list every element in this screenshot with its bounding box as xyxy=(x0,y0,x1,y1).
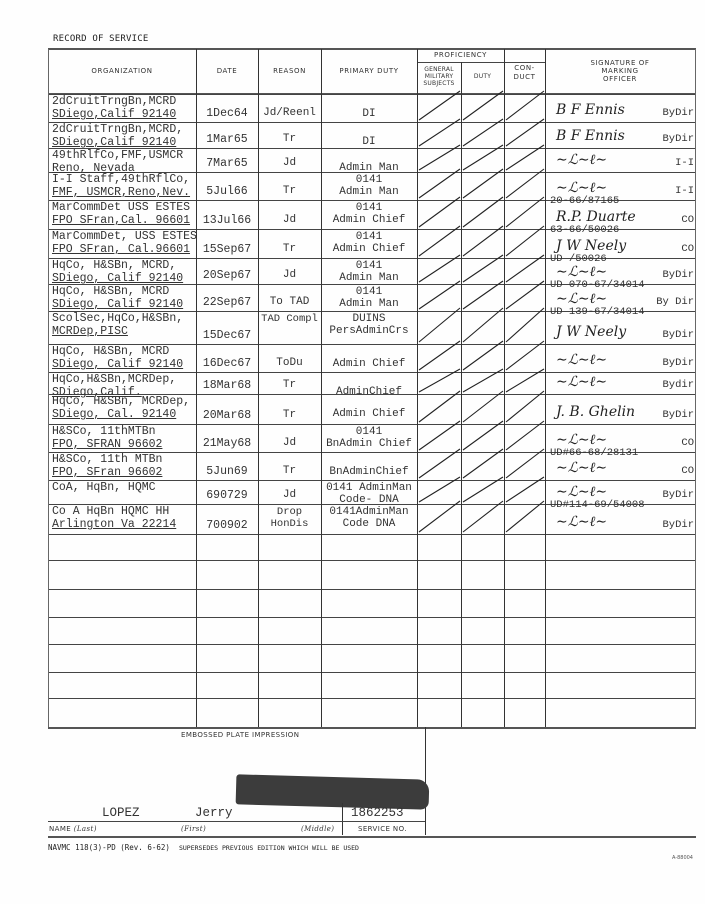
primary-duty-cell: 0141Admin Man xyxy=(321,174,417,198)
middle-label-text: (Middle) xyxy=(301,825,334,833)
primary-duty-line-1 xyxy=(321,346,417,358)
organization-cell: HqCo, H&SBn, MCRDSDiego, Calif 92140 xyxy=(52,345,183,371)
primary-duty-line-2: Code DNA xyxy=(321,518,417,530)
organization-line-1: I-I Staff,49thRflCo, xyxy=(52,173,190,186)
signature-authority: CO xyxy=(681,465,694,477)
reason-cell: Jd xyxy=(258,269,321,281)
organization-line-2: SDiego, Cal. 92140 xyxy=(52,408,190,421)
first-label-text: (First) xyxy=(181,825,206,833)
name-label-text: NAME xyxy=(49,825,71,833)
reason-cell: Tr xyxy=(258,243,321,255)
signature-authority: ByDir xyxy=(662,269,694,281)
signature-cell: ∼ℒ∼ℓ∼COUD#66-68/28131 xyxy=(548,424,698,452)
date-cell: 7Mar65 xyxy=(196,157,258,170)
primary-duty-cell: 0141Admin Man xyxy=(321,260,417,284)
name-first-value: Jerry xyxy=(195,806,233,820)
organization-cell: MarCommDet, USS ESTESFPO SFran, Cal.9660… xyxy=(52,230,197,256)
name-last-value: LOPEZ xyxy=(102,806,140,820)
organization-cell: 2dCruitTrngBn,MCRD,SDiego,Calif 92140 xyxy=(52,123,183,149)
primary-duty-line-1: 0141AdminMan xyxy=(321,506,417,518)
supersedes-note: SUPERSEDES PREVIOUS EDITION WHICH WILL B… xyxy=(179,844,359,852)
signature-authority: ByDir xyxy=(662,107,694,119)
signature-cell: ∼ℒ∼ℓ∼Bydir xyxy=(548,372,698,394)
signature-cell: ∼ℒ∼ℓ∼I-I xyxy=(548,148,698,172)
primary-duty-cell: 0141Admin Chief xyxy=(321,231,417,255)
primary-duty-cell: DUINSPersAdminCrs xyxy=(321,313,417,337)
signature-authority: CO xyxy=(681,437,694,449)
organization-cell: HqCo, H&SBn, MCRDep,SDiego, Cal. 92140 xyxy=(52,395,190,421)
reason-cell: Tr xyxy=(258,185,321,197)
first-label: (First) xyxy=(181,825,206,833)
reason-cell: To TAD xyxy=(258,296,321,308)
reason-cell: Jd xyxy=(258,214,321,226)
date-cell: 1Mar65 xyxy=(196,133,258,146)
handwritten-signature: ∼ℒ∼ℓ∼ xyxy=(556,374,607,391)
date-cell: 15Dec67 xyxy=(196,329,258,342)
last-label: (Last) xyxy=(74,825,97,833)
date-cell: 690729 xyxy=(196,489,258,502)
primary-duty-cell: 0141AdminManCode DNA xyxy=(321,506,417,530)
reason-cell: Tr xyxy=(258,379,321,391)
organization-line-1: HqCo, H&SBn, MCRD xyxy=(52,285,183,298)
form-footer: NAVMC 118(3)-PD (Rev. 6-62) SUPERSEDES P… xyxy=(48,843,359,852)
primary-duty-line-1: DUINS xyxy=(321,313,417,325)
signature-authority: ByDir xyxy=(662,133,694,145)
signature-cell: ∼ℒ∼ℓ∼CO xyxy=(548,452,698,480)
organization-cell: I-I Staff,49thRflCo,FMF, USMCR,Reno,Nev. xyxy=(52,173,190,199)
date-cell: 15Sep67 xyxy=(196,243,258,256)
organization-cell: H&SCo, 11th MTBnFPO, SFran 96602 xyxy=(52,453,162,479)
signature-authority: I-I xyxy=(675,157,694,169)
organization-line-2: FPO SFran,Cal. 96601 xyxy=(52,214,190,227)
signature-authority: CO xyxy=(681,214,694,226)
name-label: NAME (Last) xyxy=(49,825,97,833)
organization-line-2: SDiego, Calif 92140 xyxy=(52,272,183,285)
organization-cell: CoA, HqBn, HQMC xyxy=(52,481,156,494)
primary-duty-line-2: DI xyxy=(321,136,417,148)
handwritten-signature: J W Neely xyxy=(556,238,626,254)
primary-duty-line-1: 0141 AdminMan xyxy=(321,482,417,494)
primary-duty-line-1 xyxy=(321,124,417,136)
handwritten-signature: J W Neely xyxy=(556,324,626,340)
signature-cell: J W NeelyByDir xyxy=(548,311,698,344)
date-cell: 20Sep67 xyxy=(196,269,258,282)
organization-cell: 2dCruitTrngBn,MCRDSDiego,Calif 92140 xyxy=(52,95,176,121)
date-cell: 5Jul66 xyxy=(196,185,258,198)
date-cell: 20Mar68 xyxy=(196,409,258,422)
organization-line-2: SDiego, Calif 92140 xyxy=(52,358,183,371)
organization-line-1: ScolSec,HqCo,H&SBn, xyxy=(52,312,183,325)
date-cell: 700902 xyxy=(196,519,258,532)
organization-line-1: HqCo, H&SBn, MCRD, xyxy=(52,259,183,272)
handwritten-signature: ∼ℒ∼ℓ∼ xyxy=(556,514,607,531)
name-line xyxy=(48,821,425,822)
signature-cell: B F EnnisByDir xyxy=(548,122,698,148)
signature-cell: ∼ℒ∼ℓ∼I-I20-66/87165 xyxy=(548,172,698,200)
handwritten-signature: ∼ℒ∼ℓ∼ xyxy=(556,460,607,477)
primary-duty-line-2: Admin Man xyxy=(321,298,417,310)
signature-cell: ∼ℒ∼ℓ∼ByDirUD 070-67/34014 xyxy=(548,258,698,284)
date-cell: 21May68 xyxy=(196,437,258,450)
signature-cell: ∼ℒ∼ℓ∼ByDir xyxy=(548,504,698,534)
primary-duty-line-2: Admin Chief xyxy=(321,214,417,226)
organization-cell: H&SCo, 11thMTBnFPO, SFRAN 96602 xyxy=(52,425,162,451)
primary-duty-line-2: BnAdminChief xyxy=(321,466,417,478)
organization-line-2: Arlington Va 22214 xyxy=(52,518,176,531)
signature-authority: By Dir xyxy=(656,296,694,308)
organization-line-2: SDiego,Calif 92140 xyxy=(52,136,183,149)
form-bottom-border xyxy=(48,836,696,838)
reason-cell: Jd xyxy=(258,489,321,501)
organization-line-1: 2dCruitTrngBn,MCRD, xyxy=(52,123,183,136)
date-cell: 22Sep67 xyxy=(196,296,258,309)
date-cell: 13Jul66 xyxy=(196,214,258,227)
organization-line-1: H&SCo, 11thMTBn xyxy=(52,425,162,438)
organization-line-2: FPO SFran, Cal.96601 xyxy=(52,243,197,256)
primary-duty-cell: DI xyxy=(321,124,417,148)
primary-duty-cell: 0141BnAdmin Chief xyxy=(321,426,417,450)
primary-duty-cell: BnAdminChief xyxy=(321,454,417,478)
reason-cell: Tr xyxy=(258,465,321,477)
date-cell: 5Jun69 xyxy=(196,465,258,478)
handwritten-signature: B F Ennis xyxy=(556,128,625,144)
organization-line-1: H&SCo, 11th MTBn xyxy=(52,453,162,466)
primary-duty-cell: AdminChief xyxy=(321,374,417,398)
signature-authority: ByDir xyxy=(662,357,694,369)
organization-cell: HqCo, H&SBn, MCRDSDiego, Calif 92140 xyxy=(52,285,183,311)
primary-duty-line-2: Admin Man xyxy=(321,272,417,284)
signature-cell: J. B. GhelinByDir xyxy=(548,394,698,424)
table-bottom-border xyxy=(48,727,696,729)
reason-cell: TAD Compl xyxy=(258,313,321,325)
signature-authority: Bydir xyxy=(662,379,694,391)
primary-duty-line-2: BnAdmin Chief xyxy=(321,438,417,450)
reason-cell: Jd xyxy=(258,157,321,169)
embossed-plate-label: EMBOSSED PLATE IMPRESSION xyxy=(181,731,299,739)
primary-duty-line-2: PersAdminCrs xyxy=(321,325,417,337)
organization-line-1: 2dCruitTrngBn,MCRD xyxy=(52,95,176,108)
primary-duty-cell: Admin Chief xyxy=(321,396,417,420)
organization-cell: ScolSec,HqCo,H&SBn,MCRDep,PISC xyxy=(52,312,183,338)
organization-line-2: FMF, USMCR,Reno,Nev. xyxy=(52,186,190,199)
organization-line-2: FPO, SFRAN 96602 xyxy=(52,438,162,451)
reason-cell: Tr xyxy=(258,133,321,145)
signature-authority: ByDir xyxy=(662,329,694,341)
primary-duty-line-2: Admin Man xyxy=(321,162,417,174)
primary-duty-line-2: Admin Man xyxy=(321,186,417,198)
signature-cell: ∼ℒ∼ℓ∼ByDir xyxy=(548,344,698,372)
reason-cell: ToDu xyxy=(258,357,321,369)
signature-authority: ByDir xyxy=(662,519,694,531)
organization-line-1: HqCo,H&SBn,MCRDep, xyxy=(52,373,176,386)
primary-duty-line-1 xyxy=(321,374,417,386)
signature-authority: ByDir xyxy=(662,409,694,421)
organization-line-2: SDiego, Calif 92140 xyxy=(52,298,183,311)
primary-duty-cell: 0141Admin Chief xyxy=(321,202,417,226)
primary-duty-line-2: Admin Chief xyxy=(321,243,417,255)
handwritten-signature: ∼ℒ∼ℓ∼ xyxy=(556,352,607,369)
organization-line-1: CoA, HqBn, HQMC xyxy=(52,481,156,494)
organization-cell: 49thRlfCo,FMF,USMCRReno, Nevada xyxy=(52,149,183,175)
primary-duty-line-2: Code- DNA xyxy=(321,494,417,506)
organization-line-2: SDiego,Calif 92140 xyxy=(52,108,176,121)
date-cell: 16Dec67 xyxy=(196,357,258,370)
form-number: NAVMC 118(3)-PD (Rev. 6-62) xyxy=(48,843,170,852)
handwritten-signature: B F Ennis xyxy=(556,102,625,118)
organization-cell: Co A HqBn HQMC HHArlington Va 22214 xyxy=(52,505,176,531)
primary-duty-line-1 xyxy=(321,454,417,466)
service-number-value: 1862253 xyxy=(351,806,404,820)
organization-line-1: MarCommDet, USS ESTES xyxy=(52,230,197,243)
primary-duty-cell: Admin Man xyxy=(321,150,417,174)
primary-duty-line-1 xyxy=(321,96,417,108)
reason-cell: Drop HonDis xyxy=(258,506,321,530)
organization-line-1: HqCo, H&SBn, MCRDep, xyxy=(52,395,190,408)
organization-line-2: MCRDep,PISC xyxy=(52,325,183,338)
primary-duty-line-1: 0141 xyxy=(321,174,417,186)
primary-duty-cell: 0141Admin Man xyxy=(321,286,417,310)
signature-cell: B F EnnisByDir xyxy=(548,94,698,122)
signature-cell: ∼ℒ∼ℓ∼By DirUD 139-67/34014 xyxy=(548,284,698,311)
organization-line-1: HqCo, H&SBn, MCRD xyxy=(52,345,183,358)
organization-line-1: MarCommDet USS ESTES xyxy=(52,201,190,214)
primary-duty-line-2: Admin Chief xyxy=(321,358,417,370)
embossed-redaction xyxy=(236,774,430,809)
primary-duty-cell: Admin Chief xyxy=(321,346,417,370)
handwritten-signature: J. B. Ghelin xyxy=(556,404,635,420)
reason-cell: Tr xyxy=(258,409,321,421)
primary-duty-line-1 xyxy=(321,396,417,408)
primary-duty-cell: DI xyxy=(321,96,417,120)
organization-line-2: FPO, SFran 96602 xyxy=(52,466,162,479)
signature-authority: CO xyxy=(681,243,694,255)
primary-duty-line-2: Admin Chief xyxy=(321,408,417,420)
handwritten-signature: R.P. Duarte xyxy=(556,209,636,225)
date-cell: 1Dec64 xyxy=(196,107,258,120)
organization-cell: HqCo, H&SBn, MCRD,SDiego, Calif 92140 xyxy=(52,259,183,285)
organization-line-1: 49thRlfCo,FMF,USMCR xyxy=(52,149,183,162)
handwritten-signature: ∼ℒ∼ℓ∼ xyxy=(556,152,607,169)
embossed-divider xyxy=(425,727,426,835)
primary-duty-line-1 xyxy=(321,150,417,162)
service-no-divider xyxy=(342,803,343,835)
signature-authority: ByDir xyxy=(662,489,694,501)
primary-duty-line-1: 0141 xyxy=(321,260,417,272)
reason-cell: Jd/Reenl xyxy=(258,107,321,119)
date-cell: 18Mar68 xyxy=(196,379,258,392)
middle-label: (Middle) xyxy=(301,825,334,833)
organization-cell: MarCommDet USS ESTESFPO SFran,Cal. 96601 xyxy=(52,201,190,227)
primary-duty-line-1: 0141 xyxy=(321,426,417,438)
primary-duty-line-2: DI xyxy=(321,108,417,120)
service-no-label: SERVICE NO. xyxy=(358,825,407,833)
primary-duty-line-1: 0141 xyxy=(321,202,417,214)
signature-cell: ∼ℒ∼ℓ∼ByDirUD#114-69/54008 xyxy=(548,480,698,504)
print-code: A-88004 xyxy=(672,855,693,861)
primary-duty-line-1: 0141 xyxy=(321,286,417,298)
reason-cell: Jd xyxy=(258,437,321,449)
primary-duty-cell: 0141 AdminManCode- DNA xyxy=(321,482,417,506)
organization-line-1: Co A HqBn HQMC HH xyxy=(52,505,176,518)
signature-cell: R.P. DuarteCO63-66/50026 xyxy=(548,200,698,229)
signature-cell: J W NeelyCOUD /50026 xyxy=(548,229,698,258)
signature-authority: I-I xyxy=(675,185,694,197)
primary-duty-line-1: 0141 xyxy=(321,231,417,243)
